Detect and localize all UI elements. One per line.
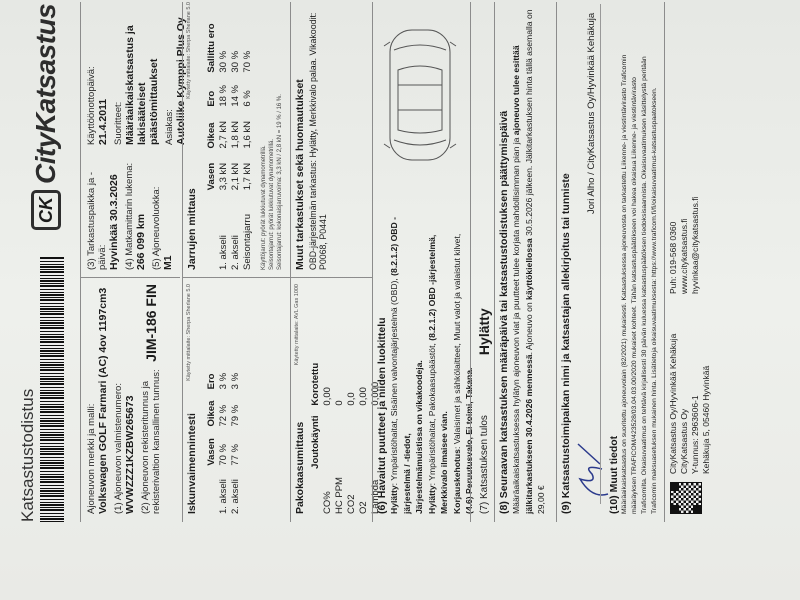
brake-note: Käyttöjarrut: pyörät lukkiutuvat dynamom… xyxy=(260,2,268,270)
citykatsastus-logo-icon: CK xyxy=(31,190,61,230)
exhaust-test-row: O20,00 xyxy=(358,354,370,514)
table-cell: 77 % xyxy=(230,427,242,466)
defect-text: : Valaisimet ja sähkölaitteet, Muut valo… xyxy=(452,234,462,449)
table-cell: 0,00 xyxy=(358,354,370,406)
company-line: Y-tunnus: 2963606-1 xyxy=(690,334,701,474)
signature-scribble-icon xyxy=(572,434,612,504)
table-cell: 79 % xyxy=(230,389,242,426)
column-header xyxy=(206,190,218,270)
table-cell: 30 % xyxy=(218,2,230,73)
reg-label-1: (2) Ajoneuvon rekisteritunnus ja xyxy=(140,369,151,514)
table-cell: 30 % xyxy=(230,2,242,73)
brake-test-notes: Käyttöjarrut: pyörät lukkiutuvat dynamom… xyxy=(260,2,284,270)
table-cell: 6 % xyxy=(242,73,254,107)
brake-note: Seisontajarrut: kokonaisjarruvoima: 3,3 … xyxy=(276,2,284,270)
company-line: CityKatsastus Oy/Hyvinkää Kehäkuja xyxy=(668,334,679,474)
performed-label: Suoritteet: xyxy=(113,0,124,145)
document-title: Katsastustodistus xyxy=(18,389,38,522)
contact-line: Puh: 019-568 0360 xyxy=(668,197,679,294)
defect-classification: Korjauskehotus xyxy=(452,449,462,514)
inspector-name: Jori Alho / CityKatsastus Oy/Hyvinkää Ke… xyxy=(586,13,597,214)
table-cell: 0 xyxy=(334,354,346,406)
defect-text: : Ympäristöhaitat, Pakokaasupäästöt, xyxy=(427,341,437,486)
other-info: (10) Muut tiedot Määräaikaiskatsastus on… xyxy=(608,2,660,514)
text: . Ajoneuvo on xyxy=(524,300,534,354)
table-cell xyxy=(346,406,358,469)
other-info-line: määräyksen TRAFICOM/423528/03.04.03.00/2… xyxy=(630,2,640,514)
defects-section: (6) Havaitut puutteet ja niiden luokitte… xyxy=(376,214,476,514)
brand-logo: CK CityKatsastus xyxy=(30,4,62,230)
signature-title: (9) Katsastustoimipaikan nimi ja katsast… xyxy=(560,2,572,514)
footer-contact: Puh: 019-568 0360www.citykatsastus.fihyv… xyxy=(668,197,701,294)
brand-name: CityKatsastus xyxy=(30,4,62,184)
brake-note: Seisontajarrut: pyörät lukkiutuvat dynam… xyxy=(268,2,276,270)
contact-line: www.citykatsastus.fi xyxy=(679,197,690,294)
inspection-info: (3) Tarkastuspaikka ja -päivä: Hyvinkää … xyxy=(86,150,174,270)
barcode xyxy=(40,257,64,522)
table-cell: 2,7 kN xyxy=(218,107,230,149)
defects-title: (6) Havaitut puutteet ja niiden luokitte… xyxy=(376,214,388,514)
place-date-label: (3) Tarkastuspaikka ja -päivä: xyxy=(86,150,108,270)
result-value: Hylätty xyxy=(476,308,492,355)
exhaust-test-row: CO%0,00 xyxy=(322,354,334,514)
defect-item: Hylätty: Ympäristöhaitat, Pakokaasupääst… xyxy=(426,214,451,514)
make-model-value: Volkswagen GOLF Farmari (AC) 4ov 1197cm3 xyxy=(97,284,109,514)
table-header: VasenOikeaEroSallittu ero xyxy=(206,2,218,270)
column-header: Ero xyxy=(206,73,218,107)
brake-test-row: Seisontajarru1,7 kN1,6 kN6 %70 % xyxy=(242,2,254,270)
table-cell: Seisontajarru xyxy=(242,190,254,270)
inspection-result: (7) Katsastuksen tulos Hylätty xyxy=(476,308,492,514)
shock-test-row: 1. akseli70 %72 %3 % xyxy=(218,364,230,514)
table-cell: 1. akseli xyxy=(218,466,230,514)
next-inspection: (8) Seuraavan katsastuksen määräpäivä ta… xyxy=(498,2,548,514)
table-cell: 0,00 xyxy=(322,354,334,406)
other-info-line: Määräaikaiskatsastus on suoritettu ajone… xyxy=(620,2,630,514)
table-cell: 1,6 kN xyxy=(242,107,254,149)
column-header xyxy=(310,469,322,514)
table-header: VasenOikeaEro xyxy=(206,364,218,514)
model: GOLF Farmari (AC) 4ov 1197cm3 xyxy=(97,288,109,451)
table-cell: 2,1 kN xyxy=(230,148,242,190)
defect-code: (4.6) Peruutusvalo, Ei toimi, Takana. xyxy=(464,368,474,514)
brake-test-title: Jarrujen mittaus xyxy=(186,188,198,270)
table-header: JoutokäyntiKorotettu xyxy=(310,354,322,514)
exhaust-test-row: CO20,0 xyxy=(346,354,358,514)
exhaust-test: Pakokaasumittaus Käytetty mittalaite: AV… xyxy=(294,284,382,514)
make: Volkswagen xyxy=(97,454,109,514)
table-cell: CO% xyxy=(322,469,334,514)
performed-value-2: lakisääteiset päästömittaukset xyxy=(136,0,160,145)
exhaust-test-title: Pakokaasumittaus xyxy=(294,422,306,514)
make-model-label: Ajoneuvon merkki ja malli: xyxy=(86,284,97,514)
class-label: (5) Ajoneuvoluokka: xyxy=(151,150,162,270)
contact-line: hyvinkaa@citykatsastus.fi xyxy=(690,197,701,294)
brake-test-table: VasenOikeaEroSallittu ero1. akseli3,3 kN… xyxy=(206,2,254,270)
column-header: Vasen xyxy=(206,148,218,190)
shock-test-device: Käytetty mittalaite: Sherpa Sherlane 5.0 xyxy=(186,284,198,381)
column-header: Sallittu ero xyxy=(206,2,218,73)
shock-absorber-test: Iskunvaimennintesti Käytetty mittalaite:… xyxy=(186,284,242,514)
table-cell: 70 % xyxy=(242,2,254,73)
table-cell: 14 % xyxy=(230,73,242,107)
other-info-line: Traficomilta. Oikaisuvaatimus on tehtävä… xyxy=(640,2,650,514)
column-header: Oikea xyxy=(206,107,218,149)
table-cell: 72 % xyxy=(218,389,230,426)
table-cell xyxy=(322,406,334,469)
defect-text: : Ympäristöhaitat, Sisäinen valvontajärj… xyxy=(389,276,399,486)
table-cell: 3,3 kN xyxy=(218,148,230,190)
intro-date-label: Käyttöönottopäivä: xyxy=(86,0,97,145)
shock-test-title: Iskunvaimennintesti xyxy=(186,413,198,514)
table-cell: 0,0 xyxy=(346,354,358,406)
next-inspection-title: (8) Seuraavan katsastuksen määräpäivä ta… xyxy=(498,2,510,514)
reinspection-price: 29,00 € xyxy=(535,2,548,514)
next-inspection-line-2: jälkitarkastukseen 30.4.2026 mennessä. A… xyxy=(523,2,536,514)
column-header: Oikea xyxy=(206,389,218,426)
vin-label: (1) Ajoneuvon valmistenumero: xyxy=(113,284,124,514)
text: 30.5.2026 jälkeen. Jälkitarkastuksen hin… xyxy=(524,9,534,238)
column-header xyxy=(206,466,218,514)
table-cell: 18 % xyxy=(218,73,230,107)
service-info: Käyttöönottopäivä: 21.4.2011 Suoritteet:… xyxy=(86,0,187,145)
column-header: Vasen xyxy=(206,427,218,466)
vin-value: WVWZZZ1KZBW265673 xyxy=(124,284,136,514)
reg-label-2: rekisterivaltion kansallinen tunnus: xyxy=(151,369,162,514)
company-line: CityKatsastus Oy xyxy=(679,334,690,474)
table-cell xyxy=(334,406,346,469)
column-header: Korotettu xyxy=(310,354,322,406)
defect-item: Korjauskehotus: Valaisimet ja sähkölaitt… xyxy=(451,214,476,514)
table-cell: HC PPM xyxy=(334,469,346,514)
qr-code xyxy=(670,482,702,514)
other-info-text: Määräaikaiskatsastus on suoritettu ajone… xyxy=(620,2,660,514)
intro-date-value: 21.4.2011 xyxy=(97,0,109,145)
ban-label: käyttökiellossa xyxy=(524,238,534,300)
defects-list: Hylätty: Ympäristöhaitat, Sisäinen valvo… xyxy=(388,214,476,514)
table-cell: CO2 xyxy=(346,469,358,514)
other-info-title: (10) Muut tiedot xyxy=(608,2,620,514)
table-cell: 3 % xyxy=(218,364,230,389)
place-date-value: Hyvinkää 30.3.2026 xyxy=(108,150,120,270)
table-cell: 1. akseli xyxy=(218,190,230,270)
brake-test-device: Käytetty mittalaite: Sherpa Sherlane 5.0 xyxy=(186,2,198,99)
column-header: Ero xyxy=(206,364,218,389)
table-cell: O2 xyxy=(358,469,370,514)
shock-test-table: VasenOikeaEro1. akseli70 %72 %3 %2. akse… xyxy=(206,364,242,514)
table-cell: 3 % xyxy=(230,364,242,389)
fault-codes: P0068, P0441 xyxy=(318,2,328,270)
table-cell: 70 % xyxy=(218,427,230,466)
odometer-label: (4) Matkamittarin lukema: xyxy=(124,150,135,270)
registration-number: JIM-186 FIN xyxy=(143,284,159,362)
brake-test-row: 1. akseli3,3 kN2,7 kN18 %30 % xyxy=(218,2,230,270)
inspection-certificate: Katsastustodistus CK CityKatsastus Ajone… xyxy=(0,0,800,600)
text-bold: ajoneuvo tulee esittää xyxy=(511,45,521,135)
exhaust-test-row: HC PPM0 xyxy=(334,354,346,514)
defect-item: Hylätty: Ympäristöhaitat, Sisäinen valvo… xyxy=(388,214,413,514)
defect-classification: Hylätty xyxy=(427,485,437,514)
other-info-line: Traficomin maksuasetuksen mukainen hinta… xyxy=(650,2,660,514)
result-label: (7) Katsastuksen tulos xyxy=(479,415,490,514)
brake-test-row: 2. akseli2,1 kN1,8 kN14 %30 % xyxy=(230,2,242,270)
performed-value-1: Määräaikaiskatsastus ja xyxy=(124,0,136,145)
table-cell: 2. akseli xyxy=(230,466,242,514)
column-header: Joutokäynti xyxy=(310,406,322,469)
reinspection-deadline: jälkitarkastukseen 30.4.2026 mennessä xyxy=(524,354,534,514)
table-cell: 1,8 kN xyxy=(230,107,242,149)
car-top-view-icon xyxy=(380,20,470,170)
vehicle-info: Ajoneuvon merkki ja malli: Volkswagen GO… xyxy=(86,284,162,514)
odometer-value: 266 099 km xyxy=(135,150,147,270)
next-inspection-line-1: Määräaikaiskatsastuksessa hylätyn ajoneu… xyxy=(510,2,523,514)
defect-classification: Hylätty xyxy=(389,485,399,514)
exhaust-test-device: Käytetty mittalaite: AVL Gas 1000 xyxy=(294,284,306,365)
other-checks: Muut tarkastukset sekä huomautukset OBD-… xyxy=(294,2,328,270)
brake-test: Jarrujen mittaus Käytetty mittalaite: Sh… xyxy=(186,2,284,270)
footer-company: CityKatsastus Oy/Hyvinkää KehäkujaCityKa… xyxy=(668,334,712,474)
customer-label: Asiakas: xyxy=(164,0,175,145)
table-cell: 2. akseli xyxy=(230,190,242,270)
defect-detail: Järjestelmämuistissa on vikakoodeja. xyxy=(413,214,426,514)
other-checks-title: Muut tarkastukset sekä huomautukset xyxy=(294,2,306,270)
obd-result: OBD-järjestelmän tarkastus: Hylätty, Mer… xyxy=(308,2,318,270)
class-value: M1 xyxy=(162,150,174,270)
shock-test-row: 2. akseli77 %79 %3 % xyxy=(230,364,242,514)
company-line: Kehäkuja 5, 05460 Hyvinkää xyxy=(701,334,712,474)
table-cell: 1,7 kN xyxy=(242,148,254,190)
text: Määräaikaiskatsastuksessa hylätyn ajoneu… xyxy=(511,135,521,514)
signature-section: (9) Katsastustoimipaikan nimi ja katsast… xyxy=(560,2,572,514)
table-cell xyxy=(358,406,370,469)
